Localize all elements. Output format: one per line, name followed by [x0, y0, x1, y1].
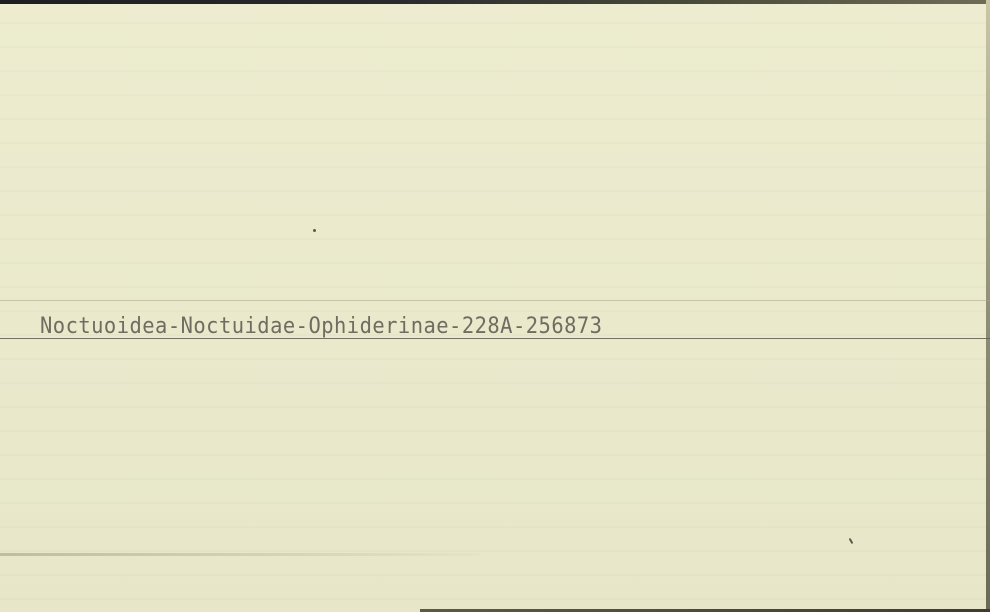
- paper-speck: [849, 538, 854, 544]
- ruled-line-upper: [0, 300, 990, 301]
- taxonomy-label: Noctuoidea-Noctuidae-Ophiderinae-228A-25…: [40, 314, 602, 339]
- card-right-edge: [986, 0, 990, 612]
- index-card: Noctuoidea-Noctuidae-Ophiderinae-228A-25…: [0, 0, 990, 612]
- card-top-edge: [0, 0, 990, 4]
- ruled-line-lower-crease: [0, 553, 480, 556]
- paper-speck: [313, 229, 316, 232]
